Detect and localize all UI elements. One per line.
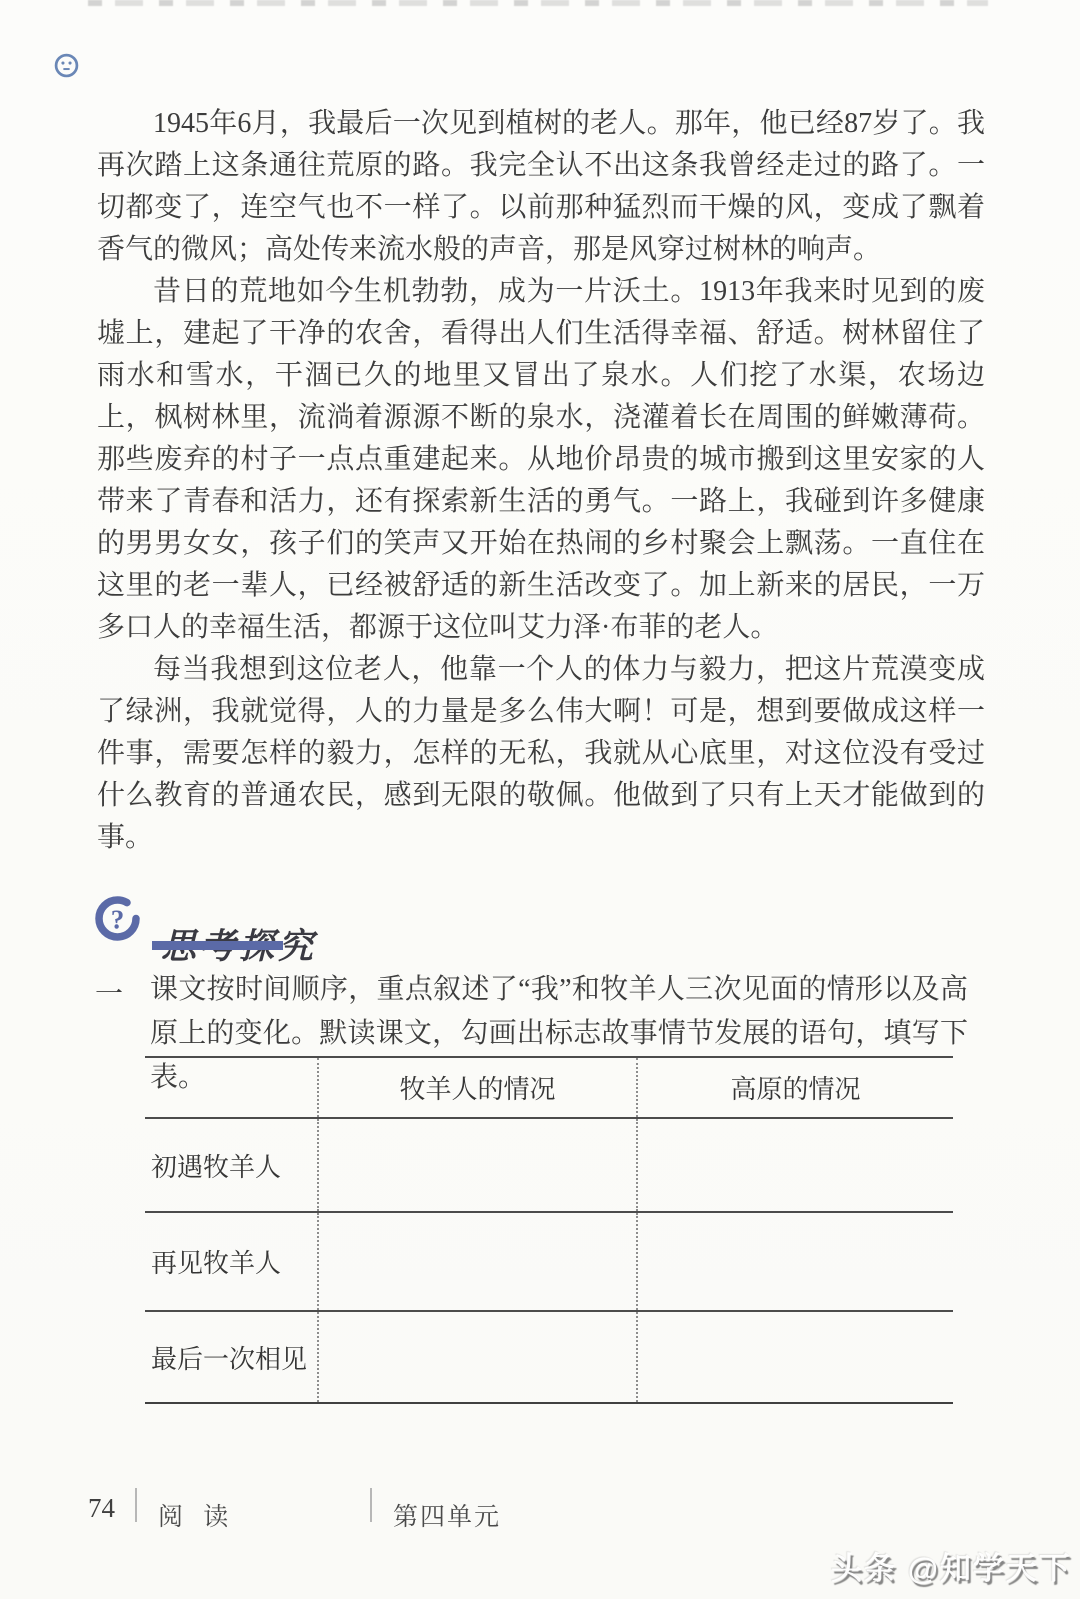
page-number: 74 — [88, 1493, 115, 1524]
lesson-paragraph-1: 1945年6月，我最后一次见到植树的老人。那年，他已经87岁了。我再次踏上这条通… — [97, 103, 985, 271]
blank-cell — [318, 1118, 637, 1212]
comparison-table: 牧羊人的情况 高原的情况 初遇牧羊人 再见牧羊人 最后一次相见 — [145, 1056, 953, 1404]
table-header-row: 牧羊人的情况 高原的情况 — [145, 1057, 953, 1118]
table-header-empty — [145, 1057, 318, 1118]
smiley-face-icon — [54, 53, 79, 78]
table-header-plateau: 高原的情况 — [637, 1057, 953, 1118]
blank-cell — [318, 1311, 637, 1403]
blank-cell — [637, 1311, 953, 1403]
table-row: 最后一次相见 — [145, 1311, 953, 1403]
blank-cell — [637, 1212, 953, 1311]
svg-text:?: ? — [111, 905, 125, 935]
lesson-text: 1945年6月，我最后一次见到植树的老人。那年，他已经87岁了。我再次踏上这条通… — [97, 103, 985, 859]
question-mark-circle-icon: ? — [94, 895, 141, 942]
blank-cell — [318, 1212, 637, 1311]
row-label-second-meeting: 再见牧羊人 — [145, 1212, 318, 1311]
watermark: 头条 @知学天下 — [831, 1543, 1072, 1588]
cropped-text-edge — [88, 0, 988, 6]
footer-unit-label: 第四单元 — [393, 1497, 501, 1533]
footer-reading-label: 阅 读 — [158, 1497, 235, 1533]
footer-divider — [370, 1488, 372, 1522]
footer-divider — [135, 1488, 137, 1522]
table-row: 再见牧羊人 — [145, 1212, 953, 1311]
table-header-shepherd: 牧羊人的情况 — [318, 1057, 637, 1118]
row-label-last-meeting: 最后一次相见 — [145, 1311, 318, 1403]
textbook-page: 1945年6月，我最后一次见到植树的老人。那年，他已经87岁了。我再次踏上这条通… — [0, 0, 1080, 1599]
row-label-first-meeting: 初遇牧羊人 — [145, 1118, 318, 1212]
section-title-underline — [152, 941, 283, 950]
question-number: 一 — [95, 972, 123, 1012]
lesson-paragraph-2: 昔日的荒地如今生机勃勃，成为一片沃土。1913年我来时见到的废墟上，建起了干净的… — [97, 271, 985, 649]
blank-cell — [637, 1118, 953, 1212]
lesson-paragraph-3: 每当我想到这位老人，他靠一个人的体力与毅力，把这片荒漠变成了绿洲，我就觉得，人的… — [97, 649, 985, 859]
table-row: 初遇牧羊人 — [145, 1118, 953, 1212]
